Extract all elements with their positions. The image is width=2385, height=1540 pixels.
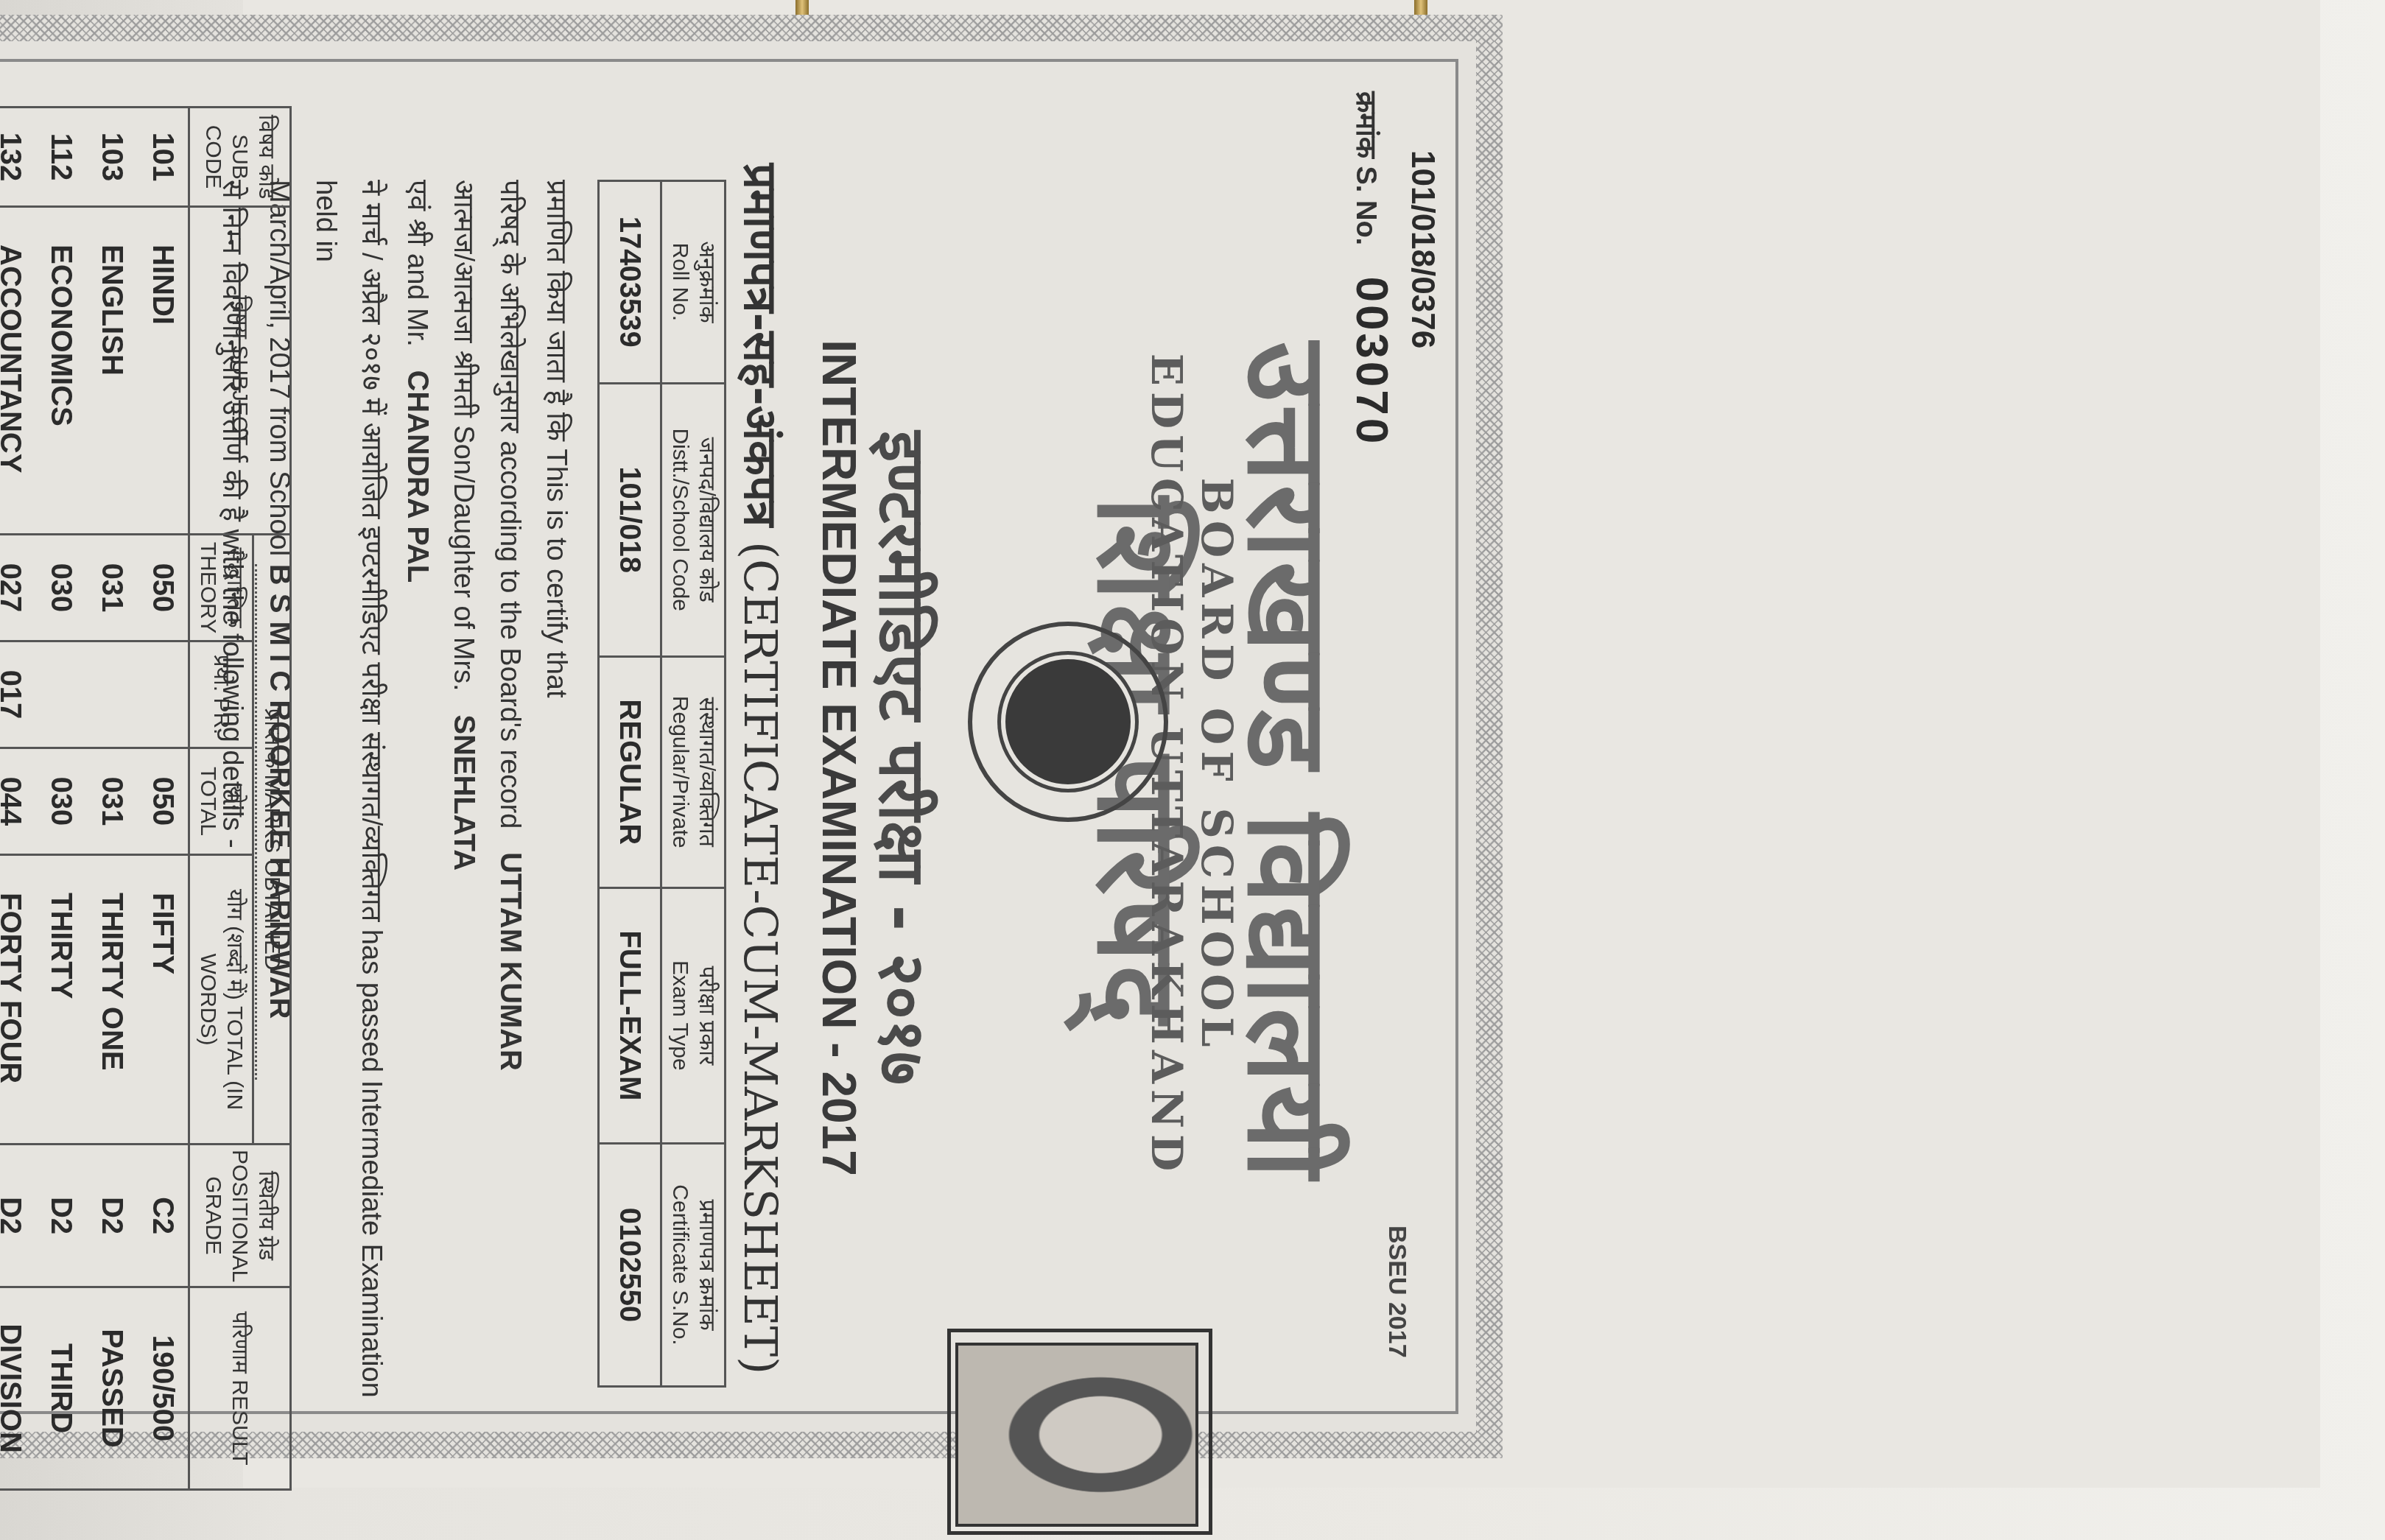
- cert-line-2: परिषद् के अभिलेखानुसार according to the …: [487, 180, 533, 1432]
- regular-private-value: REGULAR: [599, 656, 661, 887]
- student-info-table: अनुक्रमांकRoll No. जनपद/विद्यालय कोडDist…: [597, 180, 726, 1388]
- subject: HINDI: [137, 207, 189, 535]
- result-header: परिणाम RESULT: [189, 1287, 291, 1490]
- certificate-sno-header: प्रमाणपत्र क्रमांकCertificate S.No.: [661, 1143, 726, 1386]
- marksheet: 101/018/0376 क्रमांक S. No. 003070 BSEU …: [0, 15, 1503, 1458]
- sub-code: 101: [137, 108, 189, 207]
- result-cell: 190/500: [137, 1287, 189, 1490]
- total-words-header: योग (शब्दों में) TOTAL (IN WORDS): [189, 855, 253, 1145]
- certificate-title-english: (CERTIFICATE-CUM-MARKSHEET): [734, 541, 787, 1374]
- theory-marks: 027: [0, 535, 35, 641]
- mother-name: SNEHLATA: [448, 714, 480, 871]
- cert-line-4: एवं श्री and Mr. CHANDRA PAL: [394, 180, 440, 1432]
- result-cell: DIVISION: [0, 1287, 35, 1490]
- cert-line-1: प्रमाणित किया जाता है कि This is to cert…: [533, 180, 579, 1432]
- table-row: 112ECONOMICS030030THIRTYD2THIRD: [35, 108, 86, 1490]
- practical-header: प्रयो. PR.: [189, 641, 253, 748]
- exam-title-english: INTERMEDIATE EXAMINATION - 2017: [812, 298, 866, 1218]
- sub-code: 112: [35, 108, 86, 207]
- exam-type-header: परीक्षा प्रकारExam Type: [661, 887, 726, 1143]
- positional-grade: D2: [0, 1145, 35, 1287]
- bseu-mark: BSEU 2017: [1383, 1226, 1411, 1358]
- regular-private-header: संस्थागत/व्यक्तिगतRegular/Private: [661, 656, 726, 887]
- total-in-words: THIRTY ONE: [86, 855, 137, 1145]
- practical-marks: 017: [0, 641, 35, 748]
- table-row: 101HINDI050050FIFTYC2190/500: [137, 108, 189, 1490]
- positional-grade: C2: [137, 1145, 189, 1287]
- theory-marks: 030: [35, 535, 86, 641]
- total-marks: 050: [137, 748, 189, 855]
- positional-grade: D2: [86, 1145, 137, 1287]
- result-cell: THIRD: [35, 1287, 86, 1490]
- sheet-body: 101/018/0376 क्रमांक S. No. 003070 BSEU …: [0, 59, 1458, 1414]
- school-code-value: 101/018: [599, 383, 661, 656]
- practical-marks: [35, 641, 86, 748]
- student-name: UTTAM KUMAR: [494, 852, 527, 1071]
- exam-type-value: FULL-EXAM: [599, 887, 661, 1143]
- student-photo: [947, 1329, 1212, 1535]
- certificate-title: प्रमाणपत्र-सह-अंकपत्र (CERTIFICATE-CUM-M…: [731, 106, 793, 1432]
- subject: ENGLISH: [86, 207, 137, 535]
- roll-no-value: 17403539: [599, 181, 661, 384]
- result-cell: PASSED: [86, 1287, 137, 1490]
- theory-marks: 050: [137, 535, 189, 641]
- board-emblem-icon: [968, 622, 1168, 822]
- subject: ECONOMICS: [35, 207, 86, 535]
- marks-obtained-header: प्राप्तांक MARKS OBTAINED: [253, 535, 291, 1145]
- subject-header: विषय SUBJECT: [189, 207, 291, 535]
- grade-header: स्थितीय ग्रेड POSITIONAL GRADE: [189, 1145, 291, 1287]
- certificate-title-hindi: प्रमाणपत्र-सह-अंकपत्र: [734, 164, 787, 527]
- school-code-header: जनपद/विद्यालय कोडDistt./School Code: [661, 383, 726, 656]
- total-in-words: THIRTY: [35, 855, 86, 1145]
- sub-code: 103: [86, 108, 137, 207]
- table-row: 132ACCOUNTANCY027017044FORTY FOURD2DIVIS…: [0, 108, 35, 1490]
- certificate-sno-value: 0102550: [599, 1143, 661, 1386]
- marks-table: विषय कोड SUB CODE विषय SUBJECT प्राप्तां…: [0, 106, 292, 1491]
- cert-line-3: आत्मज/आत्मजा श्रीमती Son/Daughter of Mrs…: [440, 180, 487, 1432]
- roll-no-header: अनुक्रमांकRoll No.: [661, 181, 726, 384]
- serial-label: क्रमांक S. No.: [1350, 91, 1381, 245]
- cert-line-5: ने मार्च / अप्रैल २०१७ में आयोजित इण्टरम…: [303, 180, 394, 1432]
- sub-code: 132: [0, 108, 35, 207]
- theory-marks: 031: [86, 535, 137, 641]
- total-marks: 030: [35, 748, 86, 855]
- father-name: CHANDRA PAL: [401, 370, 434, 583]
- exam-title-hindi: इण्टरमीडिएट परीक्षा - २०१७: [861, 298, 947, 1218]
- positional-grade: D2: [35, 1145, 86, 1287]
- total-in-words: FORTY FOUR: [0, 855, 35, 1145]
- subject: ACCOUNTANCY: [0, 207, 35, 535]
- practical-marks: [137, 641, 189, 748]
- total-marks: 044: [0, 748, 35, 855]
- practical-marks: [86, 641, 137, 748]
- sub-code-header: विषय कोड SUB CODE: [189, 108, 291, 207]
- total-marks: 031: [86, 748, 137, 855]
- total-header: योग TOTAL: [189, 748, 253, 855]
- reference-code: 101/018/0376: [1404, 150, 1441, 348]
- table-row: 103ENGLISH031031THIRTY ONED2PASSED: [86, 108, 137, 1490]
- theory-header: सैद्धान्तिक THEORY: [189, 535, 253, 641]
- total-in-words: FIFTY: [137, 855, 189, 1145]
